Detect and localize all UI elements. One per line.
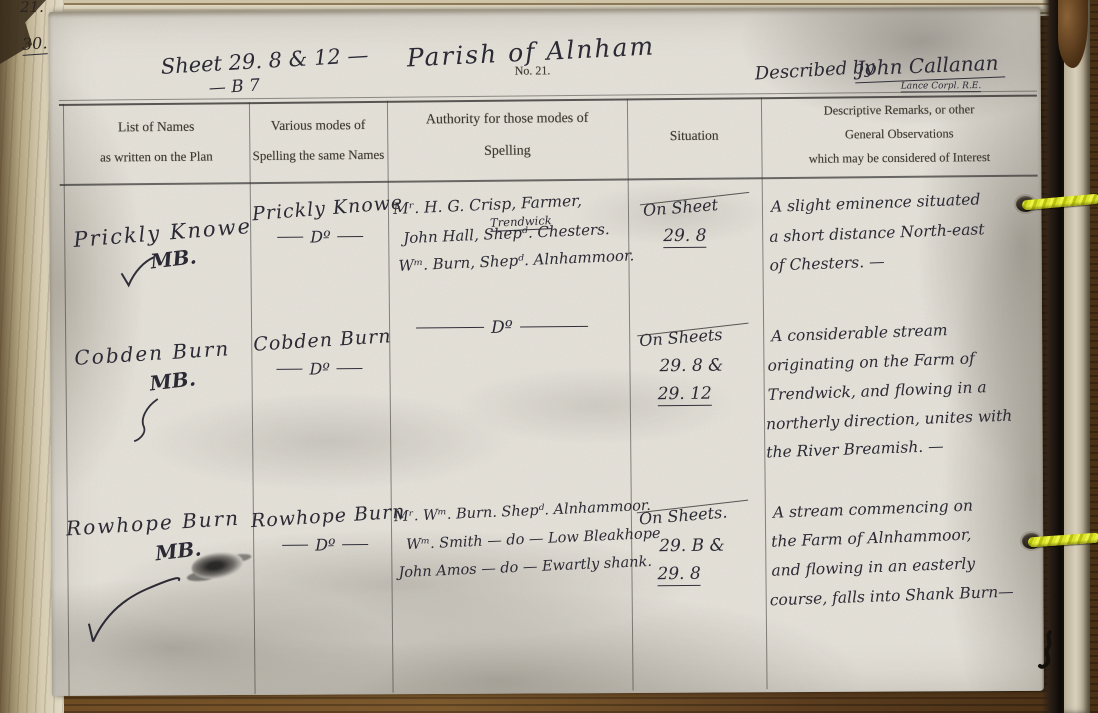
col-header-spelling-1: Various modes of [249, 117, 387, 134]
row3-remarks-4: course, falls into Shank Burn— [769, 583, 1013, 610]
row2-situation-3: 29. 12 [658, 384, 712, 407]
name-book-page: Sheet 29. 8 & 12 — — B 7 Parish of Alnha… [48, 7, 1044, 696]
row1-name: Prickly Knowe [72, 214, 252, 252]
folio-number-top: 21. [20, 0, 44, 16]
row3-spelling-ditto: Dº [275, 535, 376, 555]
row1-initials: MB. [149, 244, 197, 273]
row2-check-mark [132, 397, 168, 443]
col-header-authority-1: Authority for those modes of [387, 111, 627, 129]
table-rule-header-bottom [60, 175, 1038, 186]
row1-spelling-ditto: Dº [270, 227, 371, 247]
column-divider-2 [387, 101, 394, 693]
row2-remarks-3: Trendwick, and flowing in a [767, 378, 986, 404]
row3-remarks-3: and flowing in an easterly [771, 555, 975, 580]
column-divider-4 [761, 97, 768, 689]
row3-authority-1: Mʳ. Wᵐ. Burn. Shepᵈ. Alnhammoor. [394, 498, 652, 525]
ditto-dash [338, 236, 364, 237]
row1-remarks-2: a short distance North-east [769, 220, 985, 246]
folio-number: 30. [21, 33, 48, 56]
col-header-remarks-1: Descriptive Remarks, or other [761, 102, 1037, 120]
row1-authority-2: John Hall, Shepᵈ. Chesters. [403, 220, 610, 247]
column-divider-1 [249, 102, 256, 694]
ink-mark-bottom-right [1036, 630, 1060, 670]
ditto-dash [277, 236, 303, 237]
row2-authority-ditto: Dº [409, 317, 595, 339]
col-header-authority-2: Spelling [387, 143, 627, 161]
page-number-label: No. 21. [515, 63, 551, 78]
row1-remarks-3: of Chesters. — [769, 253, 885, 275]
ditto-dash [337, 368, 363, 369]
col-header-spelling-2: Spelling the same Names [249, 147, 387, 164]
ditto-dash [282, 544, 308, 545]
ditto-dash [343, 544, 369, 545]
row2-situation-1: On Sheets [639, 325, 724, 351]
table-border-left [63, 104, 70, 696]
row3-name: Rowhope Burn [65, 506, 240, 541]
sheet-reference-line2: — B 7 [208, 76, 260, 99]
col-header-names-1: List of Names [63, 118, 249, 136]
row3-remarks-1: A stream commencing on [773, 497, 974, 522]
row1-authority-3: Wᵐ. Burn, Shepᵈ. Alnhammoor. [398, 246, 634, 274]
row2-remarks-4: northerly direction, unites with [766, 407, 1013, 434]
col-header-remarks-3: which may be considered of Interest [761, 150, 1037, 168]
ditto-dash [520, 325, 588, 327]
ditto-dash [276, 368, 302, 369]
row2-remarks-2: originating on the Farm of [767, 349, 975, 374]
col-header-names-2: as written on the Plan [63, 148, 249, 166]
signature-text: John Callanan [856, 51, 999, 81]
row1-authority-1: Mʳ. H. G. Crisp, Farmer, [393, 192, 583, 218]
ditto-dash [416, 326, 484, 328]
col-header-remarks-2: General Observations [761, 126, 1037, 144]
row3-situation-2: 29. B & [659, 536, 725, 557]
row3-remarks-2: the Farm of Alnhammoor, [771, 526, 972, 551]
surveyor-signature: John Callanan [854, 50, 1005, 83]
row3-situation-3: 29. 8 [657, 564, 700, 586]
row3-authority-3: John Amos — do — Ewartly shank. [398, 554, 652, 581]
sheet-reference: Sheet 29. 8 & 12 — [160, 43, 369, 79]
row2-spelling: Cobden Burn [253, 325, 392, 356]
row1-situation-2: 29. 8 [663, 226, 706, 248]
name-book-table: List of Names as written on the Plan Var… [59, 89, 1045, 696]
row2-remarks-1: A considerable stream [771, 321, 948, 345]
scanned-document-photo: 21. 30. Sheet 29. 8 & 12 — — B 7 Parish … [0, 0, 1098, 713]
row3-authority-2: Wᵐ. Smith — do — Low Bleakhope [406, 526, 661, 553]
row2-initials: MB. [148, 366, 196, 395]
column-divider-3 [627, 98, 634, 690]
row2-situation-2: 29. 8 & [659, 356, 723, 377]
row1-remarks-1: A slight eminence situated [771, 190, 981, 215]
row2-remarks-5: the River Breamish. — [766, 437, 944, 461]
next-page-edge [1064, 0, 1090, 713]
row1-spelling: Prickly Knowe [251, 191, 404, 225]
row3-check-mark [86, 577, 182, 648]
row2-spelling-ditto: Dº [269, 359, 370, 379]
row2-name: Cobden Burn [74, 336, 231, 370]
row3-spelling: Rowhope Burn [250, 501, 406, 533]
col-header-situation: Situation [627, 127, 761, 144]
